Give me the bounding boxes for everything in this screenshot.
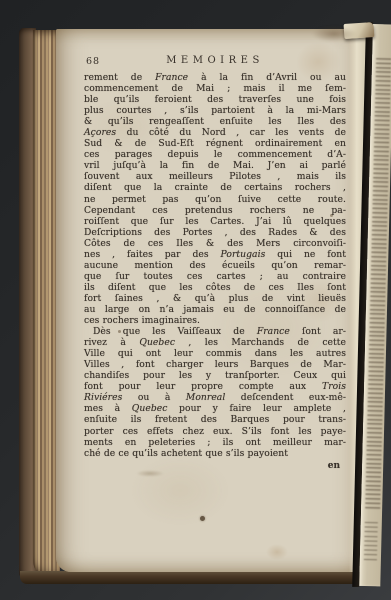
text-line: nes , faites par des Portugais qui ne fo… bbox=[84, 249, 346, 260]
text-line: porter ces effets chez eux. S’ils font l… bbox=[84, 426, 346, 437]
catchword: en bbox=[84, 461, 346, 471]
text-line: au large on n’a jamais eu de connoiſſanc… bbox=[84, 304, 346, 315]
text-line: rement de France à la fin d’Avril ou au bbox=[84, 72, 346, 83]
text-line: Sud & de Sud-Eſt régnent ordinairement e… bbox=[84, 138, 346, 149]
text-line: roiſſent que ſur les Cartes. J’ai lû que… bbox=[84, 216, 346, 227]
text-line: plus courtes , s’ils partoient à la mi-M… bbox=[84, 105, 346, 116]
text-line: ments en peleteries ; ils ont meilleur m… bbox=[84, 437, 346, 448]
facing-page-blurred-text-lower bbox=[363, 522, 377, 562]
text-line: vril juſqu’à la fin de Mai. J’en ai parl… bbox=[84, 160, 346, 171]
text-line: ché de ce qu’ils achetent que s’ils payo… bbox=[84, 448, 346, 459]
running-header: 68 MEMOIRES bbox=[84, 55, 346, 68]
text-line: rivez à Quebec , les Marchands de cette bbox=[84, 337, 346, 348]
text-line: Dès que les Vaiſſeaux de France ſont ar- bbox=[84, 326, 346, 337]
running-title: MEMOIRES bbox=[84, 55, 346, 66]
text-line: mes à Quebec pour y faire leur amplete , bbox=[84, 403, 346, 414]
text-line: Côtes de ces Iles & des Mers circonvoiſi… bbox=[84, 238, 346, 249]
text-line: ces parages depuis le commencement d’A- bbox=[84, 149, 346, 160]
printed-text-block: 68 MEMOIRES rement de France à la fin d’… bbox=[84, 55, 346, 471]
text-line: enſuite ils fretent des Barques pour tra… bbox=[84, 414, 346, 425]
text-line: commencement de Mai ; mais il me ſem- bbox=[84, 83, 346, 94]
text-line: fort ſaines , & qu’à plus de vint lieuës bbox=[84, 293, 346, 304]
text-line: Deſcriptions des Portes , des Rades & de… bbox=[84, 227, 346, 238]
text-line: font pour leur propre compte aux Trois bbox=[84, 381, 346, 392]
text-line: ne permet pas qu’on ſuive cette route. bbox=[84, 194, 346, 205]
text-line: Ville qui ont leur commis dans les autre… bbox=[84, 348, 346, 359]
text-line: diſent que la crainte de certains rocher… bbox=[84, 182, 346, 193]
text-line: aucune mention des écueils qu’on remar- bbox=[84, 260, 346, 271]
text-line: ble qu’ils feroient des traverſes une fo… bbox=[84, 94, 346, 105]
text-line: Açores du côté du Nord , car les vents d… bbox=[84, 127, 346, 138]
text-line: que ſur toutes ces cartes ; au contraire bbox=[84, 271, 346, 282]
text-line: ſouvent aux meilleurs Pilotes , mais ils bbox=[84, 171, 346, 182]
text-lines: rement de France à la fin d’Avril ou auc… bbox=[84, 72, 346, 459]
text-line: Villes , font charger leurs Barques de M… bbox=[84, 359, 346, 370]
text-line: Riviéres ou à Monreal deſcendent eux-mê- bbox=[84, 392, 346, 403]
text-line: chandiſes pour les y tranſporter. Ceux q… bbox=[84, 370, 346, 381]
cover-board-bottom-edge bbox=[20, 571, 366, 584]
text-line: Cependant ces pretendus rochers ne pa- bbox=[84, 205, 346, 216]
text-line: ces rochers imaginaires. bbox=[84, 315, 346, 326]
curled-page-corner bbox=[344, 22, 375, 39]
text-line: ils diſent que les côtes de ces Iles ſon… bbox=[84, 282, 346, 293]
book-scan-photo: 68 MEMOIRES rement de France à la fin d’… bbox=[0, 0, 391, 600]
text-line: & qu’ils rengeaſſent enſuite les Iles de… bbox=[84, 116, 346, 127]
